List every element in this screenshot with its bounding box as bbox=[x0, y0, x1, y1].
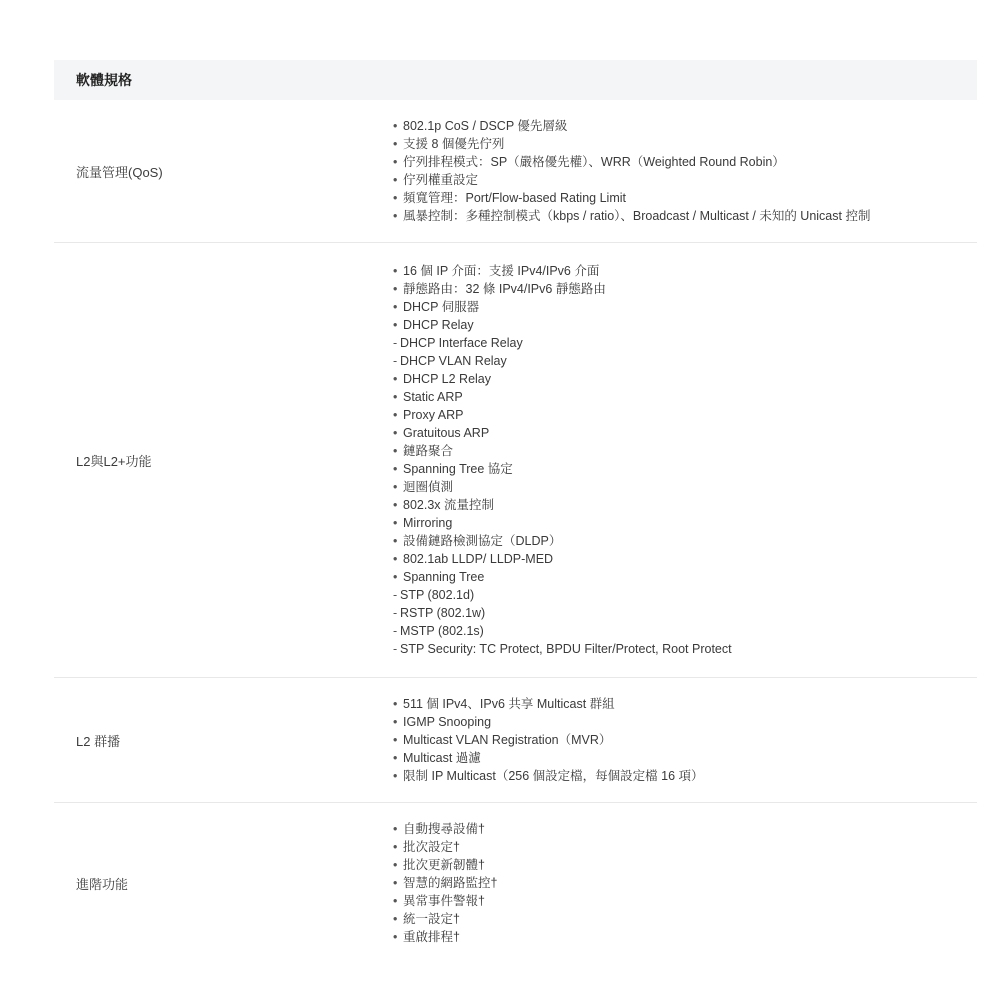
table-header: 軟體規格 bbox=[54, 60, 977, 100]
bullet-icon: • bbox=[393, 767, 403, 785]
feature-text: 限制 IP Multicast（256 個設定檔，每個設定檔 16 項） bbox=[403, 769, 704, 783]
feature-text: 異常事件警報† bbox=[403, 894, 485, 908]
feature-text: DHCP VLAN Relay bbox=[400, 354, 507, 368]
dash-icon: - bbox=[393, 352, 400, 370]
feature-item: •佇列權重設定 bbox=[393, 171, 977, 189]
feature-item: •Static ARP bbox=[393, 388, 977, 406]
sub-feature-item: -DHCP Interface Relay bbox=[393, 334, 977, 352]
feature-item: •Gratuitous ARP bbox=[393, 424, 977, 442]
feature-text: RSTP (802.1w) bbox=[400, 606, 485, 620]
bullet-icon: • bbox=[393, 731, 403, 749]
feature-text: 鏈路聚合 bbox=[403, 444, 453, 458]
feature-text: 風暴控制：多種控制模式（kbps / ratio）、Broadcast / Mu… bbox=[403, 209, 870, 223]
spec-row-l2-multicast: L2 群播 •511 個 IPv4、IPv6 共享 Multicast 群組•I… bbox=[54, 678, 977, 803]
bullet-icon: • bbox=[393, 171, 403, 189]
feature-text: 統一設定† bbox=[403, 912, 460, 926]
bullet-icon: • bbox=[393, 838, 403, 856]
feature-item: •DHCP Relay bbox=[393, 316, 977, 334]
feature-text: IGMP Snooping bbox=[403, 715, 491, 729]
feature-text: 802.1ab LLDP/ LLDP-MED bbox=[403, 552, 553, 566]
feature-item: •Spanning Tree bbox=[393, 568, 977, 586]
row-label: L2 群播 bbox=[54, 731, 393, 750]
feature-item: •迴圈偵測 bbox=[393, 478, 977, 496]
bullet-icon: • bbox=[393, 262, 403, 280]
bullet-icon: • bbox=[393, 153, 403, 171]
software-spec-table: 軟體規格 流量管理(QoS) •802.1p CoS / DSCP 優先層級•支… bbox=[54, 60, 977, 963]
bullet-icon: • bbox=[393, 568, 403, 586]
feature-list: •自動搜尋設備†•批次設定†•批次更新韌體†•智慧的網路監控†•異常事件警報†•… bbox=[393, 820, 977, 946]
bullet-icon: • bbox=[393, 460, 403, 478]
feature-item: •Multicast 過濾 bbox=[393, 749, 977, 767]
bullet-icon: • bbox=[393, 478, 403, 496]
feature-item: •異常事件警報† bbox=[393, 892, 977, 910]
dash-icon: - bbox=[393, 334, 400, 352]
feature-item: •Spanning Tree 協定 bbox=[393, 460, 977, 478]
feature-list: •802.1p CoS / DSCP 優先層級•支援 8 個優先佇列•佇列排程模… bbox=[393, 117, 977, 225]
bullet-icon: • bbox=[393, 189, 403, 207]
feature-text: STP (802.1d) bbox=[400, 588, 474, 602]
feature-item: •自動搜尋設備† bbox=[393, 820, 977, 838]
feature-item: •802.1ab LLDP/ LLDP-MED bbox=[393, 550, 977, 568]
feature-text: Proxy ARP bbox=[403, 408, 463, 422]
bullet-icon: • bbox=[393, 892, 403, 910]
bullet-icon: • bbox=[393, 207, 403, 225]
feature-text: Spanning Tree 協定 bbox=[403, 462, 513, 476]
feature-text: 16 個 IP 介面：支援 IPv4/IPv6 介面 bbox=[403, 264, 599, 278]
feature-text: 802.3x 流量控制 bbox=[403, 498, 494, 512]
feature-item: •DHCP 伺服器 bbox=[393, 298, 977, 316]
bullet-icon: • bbox=[393, 910, 403, 928]
feature-item: •頻寬管理：Port/Flow-based Rating Limit bbox=[393, 189, 977, 207]
bullet-icon: • bbox=[393, 820, 403, 838]
feature-text: 佇列排程模式：SP（嚴格優先權）、WRR（Weighted Round Robi… bbox=[403, 155, 785, 169]
sub-feature-item: -MSTP (802.1s) bbox=[393, 622, 977, 640]
feature-item: •16 個 IP 介面：支援 IPv4/IPv6 介面 bbox=[393, 262, 977, 280]
feature-item: •IGMP Snooping bbox=[393, 713, 977, 731]
feature-text: Mirroring bbox=[403, 516, 452, 530]
feature-text: DHCP Relay bbox=[403, 318, 474, 332]
feature-item: •802.3x 流量控制 bbox=[393, 496, 977, 514]
feature-item: •批次更新韌體† bbox=[393, 856, 977, 874]
feature-text: 支援 8 個優先佇列 bbox=[403, 137, 504, 151]
feature-item: •支援 8 個優先佇列 bbox=[393, 135, 977, 153]
bullet-icon: • bbox=[393, 316, 403, 334]
dash-icon: - bbox=[393, 604, 400, 622]
feature-item: •智慧的網路監控† bbox=[393, 874, 977, 892]
bullet-icon: • bbox=[393, 280, 403, 298]
bullet-icon: • bbox=[393, 749, 403, 767]
feature-item: •設備鏈路檢測協定（DLDP） bbox=[393, 532, 977, 550]
sub-feature-item: -STP (802.1d) bbox=[393, 586, 977, 604]
feature-item: •靜態路由：32 條 IPv4/IPv6 靜態路由 bbox=[393, 280, 977, 298]
feature-text: 頻寬管理：Port/Flow-based Rating Limit bbox=[403, 191, 626, 205]
feature-item: •風暴控制：多種控制模式（kbps / ratio）、Broadcast / M… bbox=[393, 207, 977, 225]
feature-text: STP Security: TC Protect, BPDU Filter/Pr… bbox=[400, 642, 732, 656]
dash-icon: - bbox=[393, 622, 400, 640]
feature-list: •16 個 IP 介面：支援 IPv4/IPv6 介面•靜態路由：32 條 IP… bbox=[393, 262, 977, 658]
bullet-icon: • bbox=[393, 388, 403, 406]
feature-text: MSTP (802.1s) bbox=[400, 624, 484, 638]
sub-feature-item: -STP Security: TC Protect, BPDU Filter/P… bbox=[393, 640, 977, 658]
row-label: 流量管理(QoS) bbox=[54, 162, 393, 181]
bullet-icon: • bbox=[393, 874, 403, 892]
feature-text: 設備鏈路檢測協定（DLDP） bbox=[403, 534, 561, 548]
spec-row-qos: 流量管理(QoS) •802.1p CoS / DSCP 優先層級•支援 8 個… bbox=[54, 100, 977, 243]
feature-text: 802.1p CoS / DSCP 優先層級 bbox=[403, 119, 567, 133]
bullet-icon: • bbox=[393, 856, 403, 874]
feature-item: •Proxy ARP bbox=[393, 406, 977, 424]
table-title: 軟體規格 bbox=[76, 70, 132, 90]
feature-text: 靜態路由：32 條 IPv4/IPv6 靜態路由 bbox=[403, 282, 606, 296]
feature-text: Static ARP bbox=[403, 390, 463, 404]
dash-icon: - bbox=[393, 640, 400, 658]
feature-text: Multicast 過濾 bbox=[403, 751, 481, 765]
dash-icon: - bbox=[393, 586, 400, 604]
feature-text: 511 個 IPv4、IPv6 共享 Multicast 群組 bbox=[403, 697, 615, 711]
row-label: 進階功能 bbox=[54, 874, 393, 893]
feature-item: •Mirroring bbox=[393, 514, 977, 532]
bullet-icon: • bbox=[393, 695, 403, 713]
sub-feature-item: -RSTP (802.1w) bbox=[393, 604, 977, 622]
feature-item: •統一設定† bbox=[393, 910, 977, 928]
bullet-icon: • bbox=[393, 496, 403, 514]
feature-text: DHCP 伺服器 bbox=[403, 300, 479, 314]
spec-row-l2-features: L2與L2+功能 •16 個 IP 介面：支援 IPv4/IPv6 介面•靜態路… bbox=[54, 243, 977, 678]
bullet-icon: • bbox=[393, 370, 403, 388]
sub-feature-item: -DHCP VLAN Relay bbox=[393, 352, 977, 370]
feature-item: •Multicast VLAN Registration（MVR） bbox=[393, 731, 977, 749]
feature-item: •批次設定† bbox=[393, 838, 977, 856]
feature-text: Gratuitous ARP bbox=[403, 426, 489, 440]
feature-text: 迴圈偵測 bbox=[403, 480, 453, 494]
bullet-icon: • bbox=[393, 424, 403, 442]
feature-text: 批次設定† bbox=[403, 840, 460, 854]
feature-text: 自動搜尋設備† bbox=[403, 822, 485, 836]
bullet-icon: • bbox=[393, 928, 403, 946]
bullet-icon: • bbox=[393, 713, 403, 731]
feature-text: 智慧的網路監控† bbox=[403, 876, 497, 890]
feature-item: •佇列排程模式：SP（嚴格優先權）、WRR（Weighted Round Rob… bbox=[393, 153, 977, 171]
feature-item: •鏈路聚合 bbox=[393, 442, 977, 460]
bullet-icon: • bbox=[393, 406, 403, 424]
feature-text: 重啟排程† bbox=[403, 930, 460, 944]
feature-item: •802.1p CoS / DSCP 優先層級 bbox=[393, 117, 977, 135]
feature-text: Multicast VLAN Registration（MVR） bbox=[403, 733, 611, 747]
bullet-icon: • bbox=[393, 298, 403, 316]
bullet-icon: • bbox=[393, 117, 403, 135]
row-label: L2與L2+功能 bbox=[54, 451, 393, 470]
feature-text: 批次更新韌體† bbox=[403, 858, 485, 872]
feature-list: •511 個 IPv4、IPv6 共享 Multicast 群組•IGMP Sn… bbox=[393, 695, 977, 785]
bullet-icon: • bbox=[393, 550, 403, 568]
bullet-icon: • bbox=[393, 514, 403, 532]
feature-text: DHCP Interface Relay bbox=[400, 336, 523, 350]
spec-row-advanced-features: 進階功能 •自動搜尋設備†•批次設定†•批次更新韌體†•智慧的網路監控†•異常事… bbox=[54, 803, 977, 963]
bullet-icon: • bbox=[393, 442, 403, 460]
feature-item: •DHCP L2 Relay bbox=[393, 370, 977, 388]
feature-item: •限制 IP Multicast（256 個設定檔，每個設定檔 16 項） bbox=[393, 767, 977, 785]
bullet-icon: • bbox=[393, 135, 403, 153]
feature-text: 佇列權重設定 bbox=[403, 173, 478, 187]
feature-item: •重啟排程† bbox=[393, 928, 977, 946]
feature-text: DHCP L2 Relay bbox=[403, 372, 491, 386]
feature-text: Spanning Tree bbox=[403, 570, 484, 584]
feature-item: •511 個 IPv4、IPv6 共享 Multicast 群組 bbox=[393, 695, 977, 713]
bullet-icon: • bbox=[393, 532, 403, 550]
